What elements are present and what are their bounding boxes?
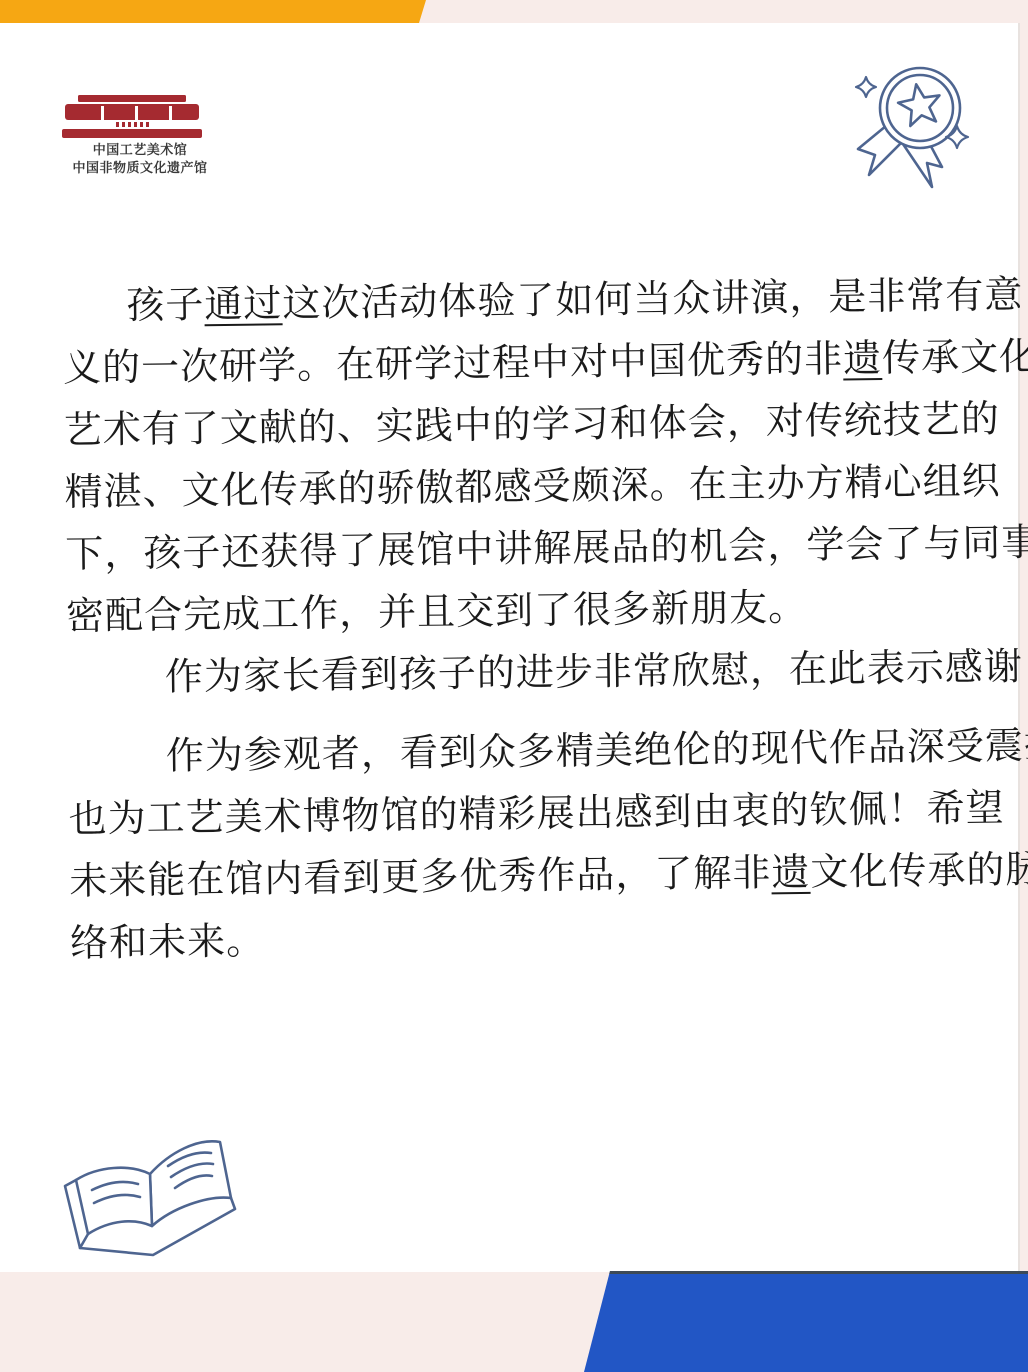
manuscript-line: 孩子通过这次活动体验了如何当众讲演，是非常有意	[62, 267, 993, 340]
manuscript-line: 也为工艺美术博物馆的精彩展出感到由衷的钦佩！希望	[68, 780, 999, 853]
handwriting: 这次活动体验了如何当众讲演，是非常有意	[282, 272, 1023, 325]
handwriting: 密配合完成工作，并且交到了很多新朋友。	[66, 585, 807, 638]
manuscript-line: 精湛、文化传承的骄傲都感受颇深。在主办方精心组织	[64, 453, 995, 526]
manuscript-line: 络和未来。	[70, 904, 1001, 977]
museum-name-line2: 中国非物质文化遗产馆	[60, 160, 220, 175]
handwriting: 未来能在馆内看到更多优秀作品，了解非	[69, 850, 772, 903]
handwriting: 也为工艺美术博物馆的精彩展出感到由衷的钦佩！希望	[68, 786, 1004, 841]
handwriting: 下，孩子还获得了展馆中讲解展品的机会，学会了与同事紧	[65, 520, 1028, 576]
manuscript-line: 密配合完成工作，并且交到了很多新朋友。	[66, 577, 997, 650]
underlined-handwriting: 遗	[771, 850, 811, 894]
manuscript-line: 义的一次研学。在研学过程中对中国优秀的非遗传承文化	[63, 329, 994, 402]
handwriting: 作为家长看到孩子的进步非常欣慰，在此表示感谢！	[165, 644, 1028, 699]
underlined-handwriting: 通过	[204, 281, 283, 326]
manuscript-line: 作为家长看到孩子的进步非常欣慰，在此表示感谢！	[67, 639, 998, 712]
handwriting: 义的一次研学。在研学过程中对中国优秀的非	[63, 336, 843, 390]
manuscript-line: 未来能在馆内看到更多优秀作品，了解非遗文化传承的脉	[69, 842, 1000, 915]
manuscript-line: 作为参观者，看到众多精美绝伦的现代作品深受震撼	[68, 718, 999, 791]
handwriting: 文化传承的脉	[810, 847, 1028, 894]
manuscript-line: 艺术有了文献的、实践中的学习和体会，对传统技艺的	[64, 391, 995, 464]
museum-logo: 中国工艺美术馆 中国非物质文化遗产馆	[60, 93, 220, 175]
open-book-icon	[50, 1128, 240, 1258]
award-medal-star-icon	[840, 55, 975, 203]
handwriting: 艺术有了文献的、实践中的学习和体会，对传统技艺的	[64, 397, 1000, 452]
manuscript: 孩子通过这次活动体验了如何当众讲演，是非常有意义的一次研学。在研学过程中对中国优…	[62, 267, 1000, 977]
handwriting: 络和未来。	[70, 919, 266, 965]
museum-building-icon	[62, 93, 202, 139]
bottom-right-blue-wedge	[584, 1271, 1028, 1372]
manuscript-line: 下，孩子还获得了展馆中讲解展品的机会，学会了与同事紧	[65, 515, 996, 588]
handwriting: 传承文化	[882, 334, 1028, 380]
museum-name-line1: 中国工艺美术馆	[60, 142, 220, 157]
handwriting: 精湛、文化传承的骄傲都感受颇深。在主办方精心组织	[64, 459, 1000, 514]
handwriting: 孩子	[126, 282, 205, 327]
underlined-handwriting: 遗	[843, 336, 883, 380]
handwriting: 作为参观者，看到众多精美绝伦的现代作品深受震撼	[166, 723, 1028, 778]
photographed-letter-page: 中国工艺美术馆 中国非物质文化遗产馆 孩子通过这次活动体验了如何当众讲演，是非常…	[0, 0, 1028, 1372]
top-left-orange-bar	[0, 0, 426, 23]
